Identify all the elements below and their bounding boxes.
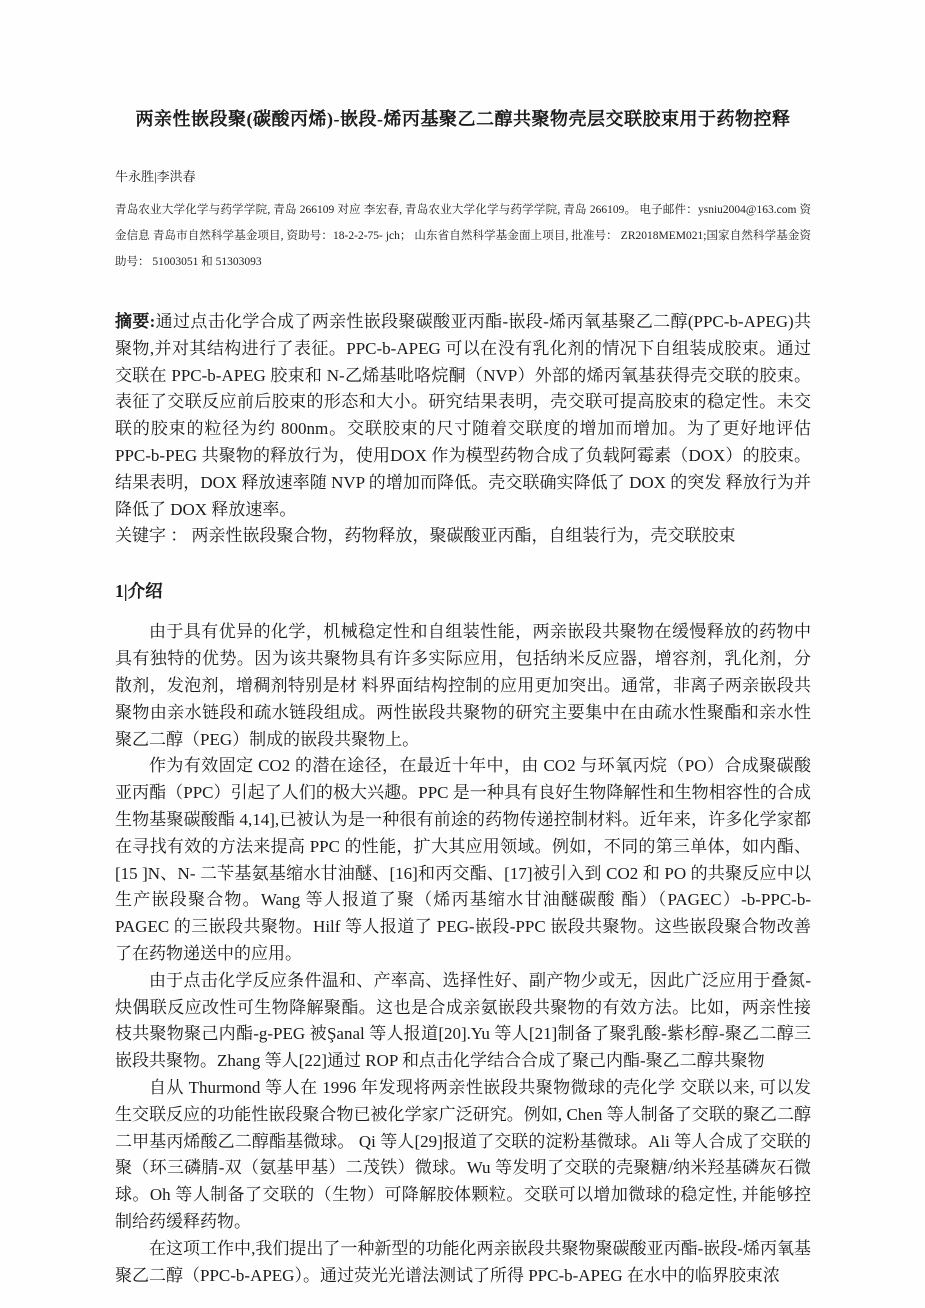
paper-content: 两亲性嵌段聚(碳酸丙烯)-嵌段-烯丙基聚乙二醇共聚物壳层交联胶束用于药物控释 牛… bbox=[115, 106, 811, 1289]
intro-paragraph-4: 自从 Thurmond 等人在 1996 年发现将两亲性嵌段共聚物微球的壳化学 … bbox=[115, 1075, 811, 1236]
intro-paragraph-5: 在这项工作中,我们提出了一种新型的功能化两亲嵌段共聚物聚碳酸亚丙酯-嵌段-烯丙氧… bbox=[115, 1236, 811, 1290]
paper-title: 两亲性嵌段聚(碳酸丙烯)-嵌段-烯丙基聚乙二醇共聚物壳层交联胶束用于药物控释 bbox=[115, 106, 811, 132]
authors-line: 牛永胜|李洪春 bbox=[115, 168, 811, 186]
abstract-paragraph: 摘要:通过点击化学合成了两亲性嵌段聚碳酸亚丙酯-嵌段-烯丙氧基聚乙二醇(PPC-… bbox=[115, 309, 811, 523]
abstract-block: 摘要:通过点击化学合成了两亲性嵌段聚碳酸亚丙酯-嵌段-烯丙氧基聚乙二醇(PPC-… bbox=[115, 309, 811, 550]
abstract-label: 摘要: bbox=[115, 312, 155, 331]
keywords-line: 关键字 ： 两亲性嵌段聚合物，药物释放，聚碳酸亚丙酯，自组装行为，壳交联胶束 bbox=[115, 523, 811, 550]
abstract-text: 通过点击化学合成了两亲性嵌段聚碳酸亚丙酯-嵌段-烯丙氧基聚乙二醇(PPC-b-A… bbox=[115, 312, 811, 519]
paper-page: 两亲性嵌段聚(碳酸丙烯)-嵌段-烯丙基聚乙二醇共聚物壳层交联胶束用于药物控释 牛… bbox=[0, 0, 925, 1308]
keywords-label: 关键字 ： bbox=[115, 526, 187, 545]
affiliation-funding-line: 青岛农业大学化学与药学学院, 青岛 266109 对应 李宏春, 青岛农业大学化… bbox=[115, 197, 811, 275]
intro-paragraph-1: 由于具有优异的化学，机械稳定性和自组装性能，两亲嵌段共聚物在缓慢释放的药物中具有… bbox=[115, 619, 811, 753]
section-heading-introduction: 1|介绍 bbox=[115, 578, 811, 605]
keywords-text: 两亲性嵌段聚合物，药物释放，聚碳酸亚丙酯，自组装行为，壳交联胶束 bbox=[192, 526, 736, 545]
intro-paragraph-2: 作为有效固定 CO2 的潜在途径，在最近十年中，由 CO2 与环氧丙烷（PO）合… bbox=[115, 753, 811, 967]
intro-paragraph-3: 由于点击化学反应条件温和、产率高、选择性好、副产物少或无，因此广泛应用于叠氮-炔… bbox=[115, 968, 811, 1075]
